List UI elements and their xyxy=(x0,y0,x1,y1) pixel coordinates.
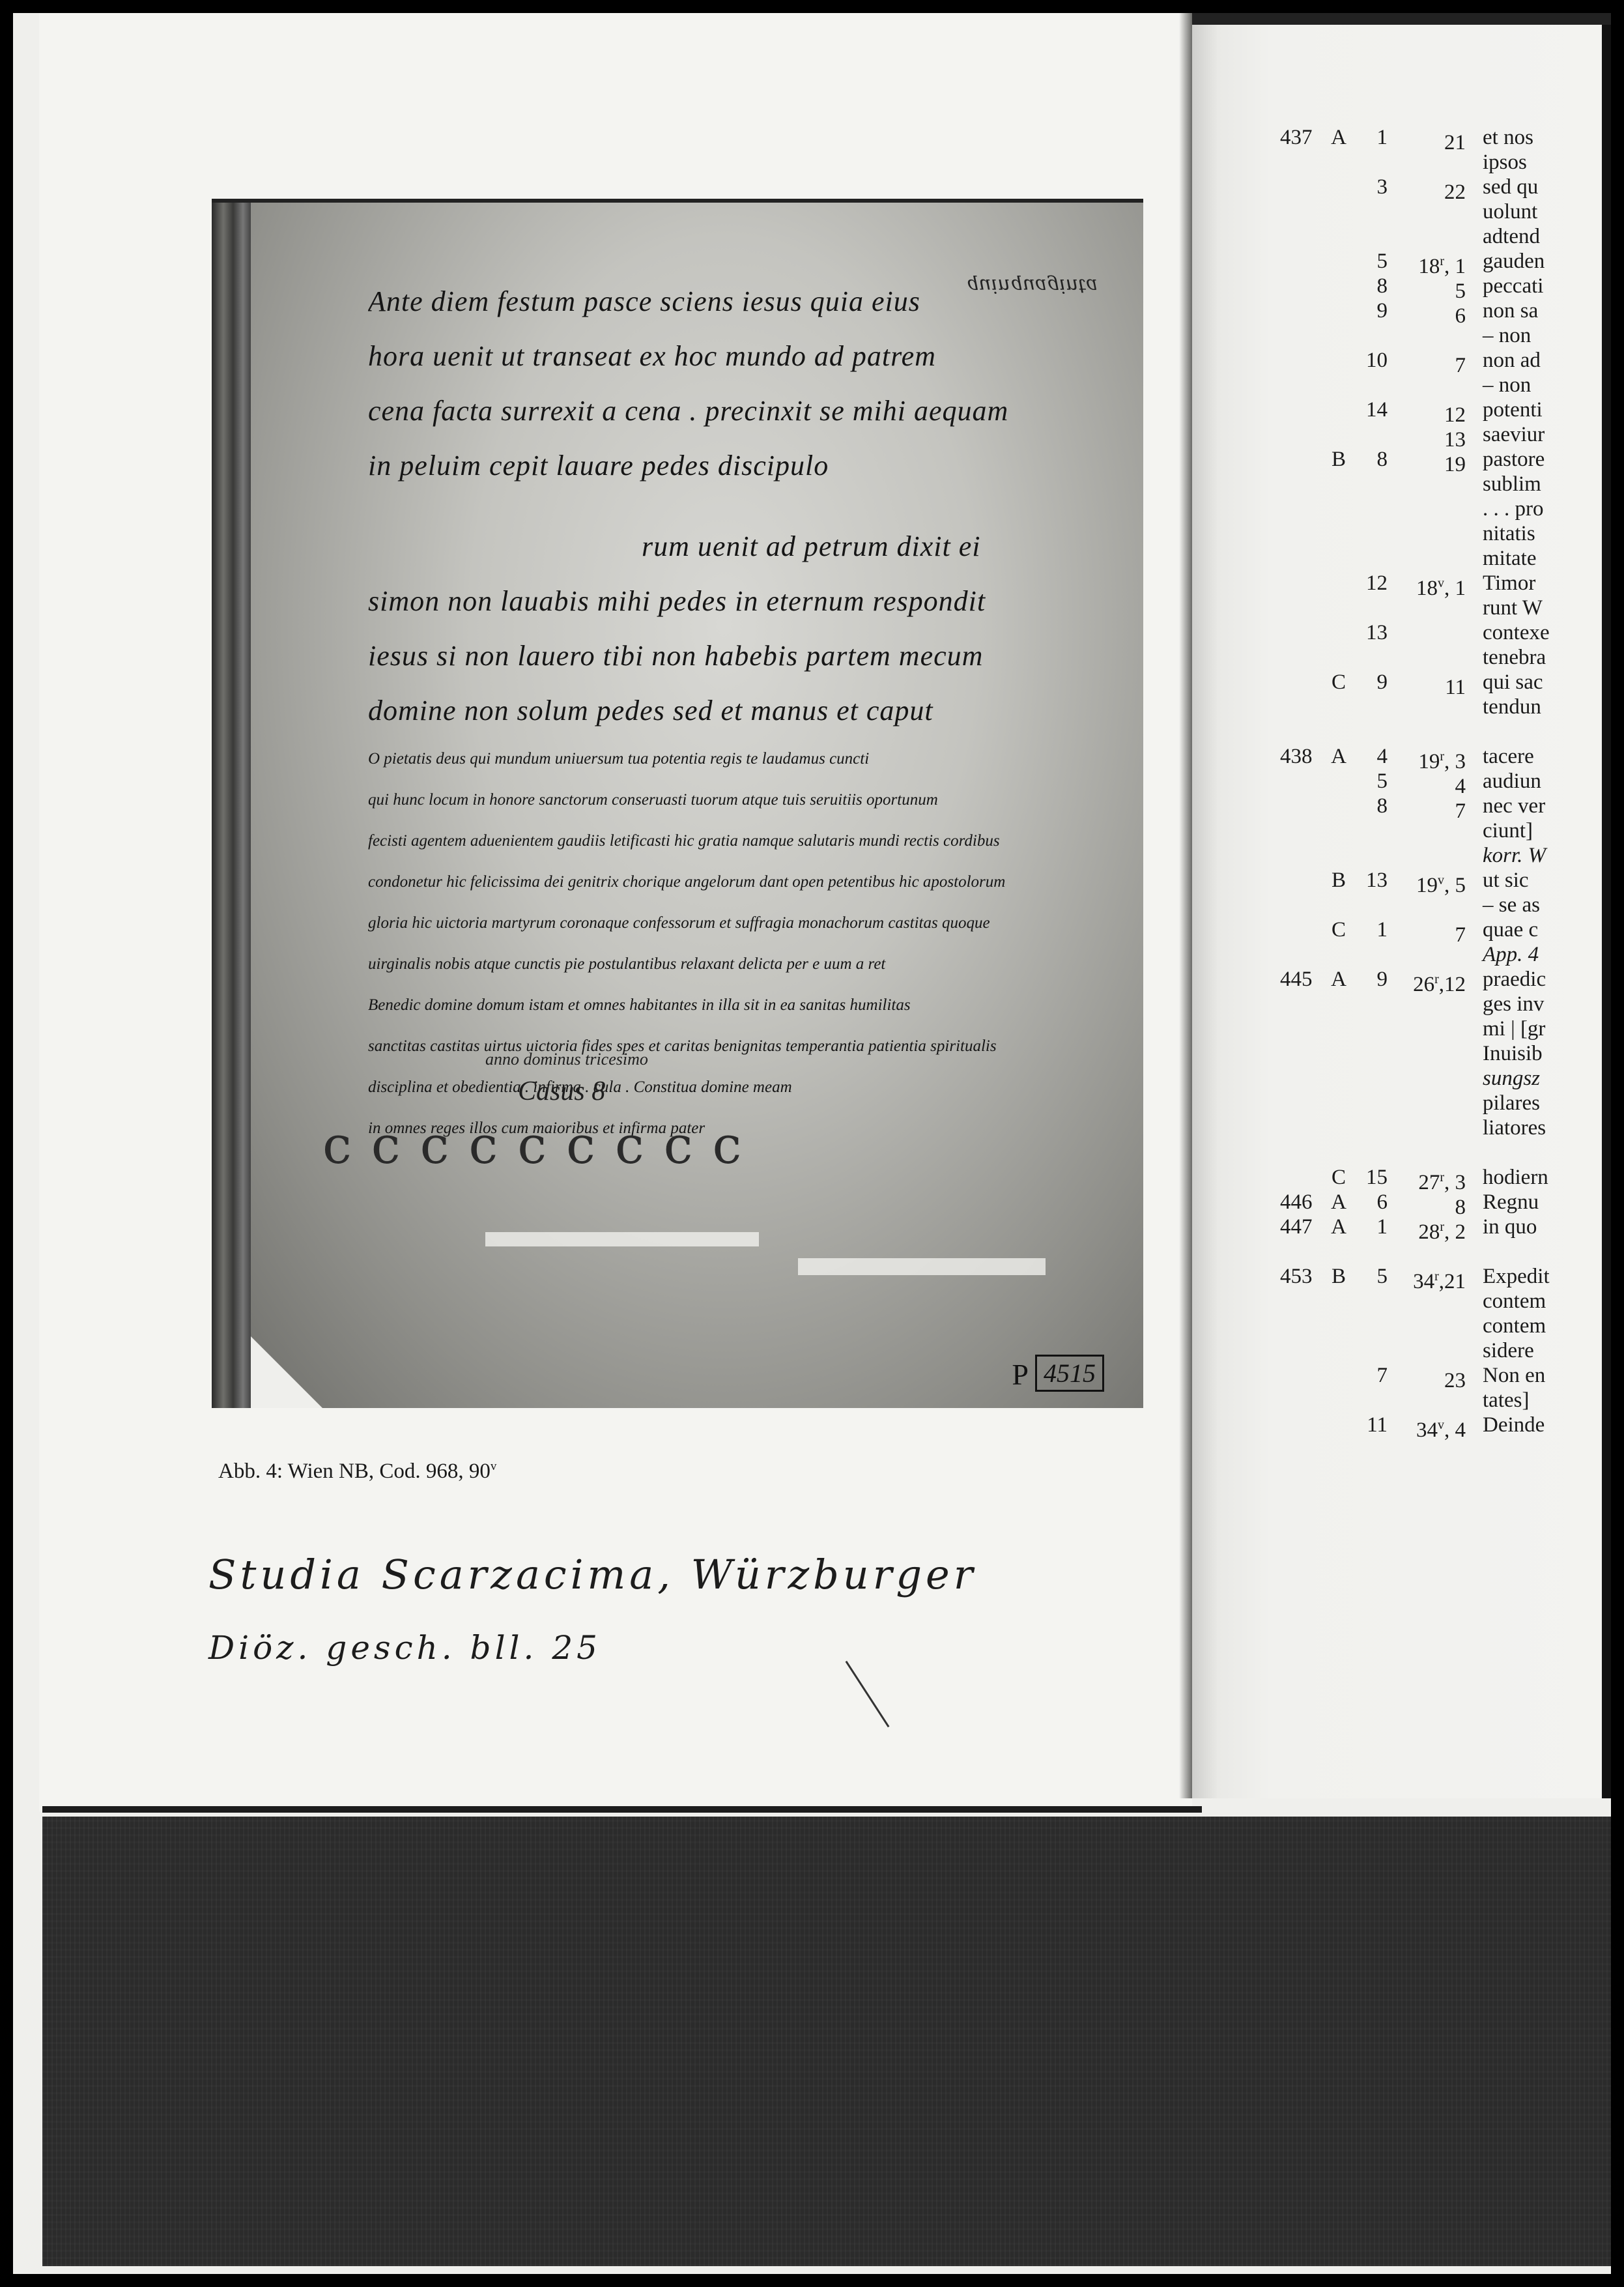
section-letter: C xyxy=(1322,917,1355,942)
page-number xyxy=(1280,1041,1322,1066)
folio-reference xyxy=(1388,645,1466,670)
page-number xyxy=(1280,670,1322,695)
folio-reference: 7 xyxy=(1388,348,1466,373)
folio-reference xyxy=(1388,1066,1466,1091)
line-number xyxy=(1355,546,1388,571)
folio-reference: 19 xyxy=(1388,447,1466,472)
reference-text: Inuisib xyxy=(1466,1041,1611,1066)
folio-reference: 4 xyxy=(1388,769,1466,794)
line-number xyxy=(1355,224,1388,249)
folio-reference xyxy=(1388,695,1466,719)
section-letter: A xyxy=(1322,967,1355,992)
table-row: ciunt] xyxy=(1280,818,1611,843)
manuscript-pen-trials: ccccccccc xyxy=(322,1115,761,1175)
caption-folio-side: v xyxy=(491,1460,497,1473)
section-letter xyxy=(1322,422,1355,447)
folio-number: 28 xyxy=(1418,1220,1440,1244)
page-number xyxy=(1280,992,1322,1016)
table-row: Inuisib xyxy=(1280,1041,1611,1066)
folio-reference xyxy=(1388,150,1466,175)
page-number: 447 xyxy=(1280,1215,1322,1239)
section-letter: B xyxy=(1322,447,1355,472)
manuscript-line: condonetur hic felicissima dei genitrix … xyxy=(368,861,1104,902)
table-row: mitate xyxy=(1280,546,1611,571)
section-letter xyxy=(1322,1338,1355,1363)
page-number xyxy=(1280,150,1322,175)
reference-text: quae c xyxy=(1466,917,1611,942)
line-number xyxy=(1355,373,1388,397)
section-letter: C xyxy=(1322,1165,1355,1190)
manuscript-line: hora uenit ut transeat ex hoc mundo ad p… xyxy=(368,329,1104,384)
reference-text: contexe xyxy=(1466,620,1611,645)
folio-side: v xyxy=(1438,576,1444,590)
section-letter: A xyxy=(1322,744,1355,769)
page-number xyxy=(1280,843,1322,868)
page-number xyxy=(1280,868,1322,893)
reference-text: tendun xyxy=(1466,695,1611,719)
reference-text: Non en xyxy=(1466,1363,1611,1388)
section-letter xyxy=(1322,249,1355,274)
page-number: 446 xyxy=(1280,1190,1322,1215)
manuscript-line: Ante diem festum pasce sciens iesus quia… xyxy=(368,274,1104,329)
table-row: nitatis xyxy=(1280,521,1611,546)
reference-text: in quo xyxy=(1466,1215,1611,1239)
folio-reference xyxy=(1388,596,1466,620)
handwritten-note-line1: Studia Scarzacima, Würzburger xyxy=(208,1551,976,1598)
page-number xyxy=(1280,496,1322,521)
line-number xyxy=(1355,496,1388,521)
line-number xyxy=(1355,645,1388,670)
section-letter xyxy=(1322,620,1355,645)
line-number xyxy=(1355,1388,1388,1413)
line-number: 1 xyxy=(1355,917,1388,942)
table-row: – non xyxy=(1280,323,1611,348)
reference-text: korr. W xyxy=(1466,843,1611,868)
page-number xyxy=(1280,1289,1322,1314)
folio-reference: 23 xyxy=(1388,1363,1466,1388)
line-number xyxy=(1355,1289,1388,1314)
table-row: . . . pro xyxy=(1280,496,1611,521)
table-row: App. 4 xyxy=(1280,942,1611,967)
page-number xyxy=(1280,1363,1322,1388)
page-number xyxy=(1280,1016,1322,1041)
page-number xyxy=(1280,447,1322,472)
section-letter: B xyxy=(1322,1264,1355,1289)
line-number: 13 xyxy=(1355,868,1388,893)
line-number xyxy=(1355,1016,1388,1041)
folio-reference: 18r, 1 xyxy=(1388,249,1466,274)
table-row: – se as xyxy=(1280,893,1611,917)
section-letter xyxy=(1322,348,1355,373)
folio-reference: 19v, 5 xyxy=(1388,868,1466,893)
reference-text: Regnu xyxy=(1466,1190,1611,1215)
line-number xyxy=(1355,1066,1388,1091)
manuscript-text: Ante diem festum pasce sciens iesus quia… xyxy=(368,274,1104,1149)
section-letter xyxy=(1322,942,1355,967)
reference-text: Expedit xyxy=(1466,1264,1611,1289)
table-row: 85peccati xyxy=(1280,274,1611,298)
line-number: 11 xyxy=(1355,1413,1388,1437)
section-letter xyxy=(1322,1041,1355,1066)
section-letter xyxy=(1322,323,1355,348)
line-number xyxy=(1355,422,1388,447)
section-letter xyxy=(1322,150,1355,175)
page-number xyxy=(1280,917,1322,942)
folio-reference: 34v, 4 xyxy=(1388,1413,1466,1437)
reference-text: contem xyxy=(1466,1289,1611,1314)
manuscript-line: sanctitas castitas uirtus uictoria fides… xyxy=(368,1026,1104,1067)
page-number: 438 xyxy=(1280,744,1322,769)
folio-reference: 28r, 2 xyxy=(1388,1215,1466,1239)
folio-reference: 5 xyxy=(1388,274,1466,298)
scanned-page: quinquaginta Ante diem festum pasce scie… xyxy=(13,13,1611,2274)
reference-text: nec ver xyxy=(1466,794,1611,818)
page-number xyxy=(1280,1388,1322,1413)
reference-text: sidere xyxy=(1466,1338,1611,1363)
reference-text: potenti xyxy=(1466,397,1611,422)
reference-text: sed qu xyxy=(1466,175,1611,199)
page-number xyxy=(1280,769,1322,794)
line-number: 1 xyxy=(1355,1215,1388,1239)
section-letter: A xyxy=(1322,1190,1355,1215)
page-number xyxy=(1280,298,1322,323)
section-letter xyxy=(1322,298,1355,323)
reference-text: qui sac xyxy=(1466,670,1611,695)
reference-text: liatores xyxy=(1466,1115,1611,1140)
folio-side: r xyxy=(1440,254,1444,268)
page-number xyxy=(1280,571,1322,596)
line-number: 14 xyxy=(1355,397,1388,422)
table-row: 13contexe xyxy=(1280,620,1611,645)
line-number xyxy=(1355,818,1388,843)
line-number xyxy=(1355,521,1388,546)
reference-text: pastore xyxy=(1466,447,1611,472)
handwritten-note-line2: Diöz. gesch. bll. 25 xyxy=(208,1629,601,1667)
table-row: C1527r, 3hodiern xyxy=(1280,1165,1611,1190)
manuscript-note: anno dominus tricesimo xyxy=(485,1050,648,1069)
page-number xyxy=(1280,546,1322,571)
page-number xyxy=(1280,1314,1322,1338)
page-number xyxy=(1280,373,1322,397)
section-letter xyxy=(1322,1413,1355,1437)
section-letter xyxy=(1322,1289,1355,1314)
reference-text: tates] xyxy=(1466,1388,1611,1413)
section-letter xyxy=(1322,1388,1355,1413)
table-row: liatores xyxy=(1280,1115,1611,1140)
section-letter xyxy=(1322,1091,1355,1115)
table-row: 453B534r,21Expedit xyxy=(1280,1264,1611,1289)
folio-reference xyxy=(1388,1041,1466,1066)
page-number xyxy=(1280,596,1322,620)
table-row: ges inv xyxy=(1280,992,1611,1016)
line-number xyxy=(1355,472,1388,496)
reference-text: runt W xyxy=(1466,596,1611,620)
line-number: 6 xyxy=(1355,1190,1388,1215)
scanner-background xyxy=(42,1817,1611,2266)
page-number: 453 xyxy=(1280,1264,1322,1289)
manuscript-photo: quinquaginta Ante diem festum pasce scie… xyxy=(212,199,1143,1408)
manuscript-binding xyxy=(212,203,251,1408)
folio-reference: 22 xyxy=(1388,175,1466,199)
page-number xyxy=(1280,1413,1322,1437)
section-letter xyxy=(1322,397,1355,422)
section-letter xyxy=(1322,596,1355,620)
stamp-number: 4515 xyxy=(1035,1355,1104,1392)
page-number xyxy=(1280,175,1322,199)
folio-reference: 13 xyxy=(1388,422,1466,447)
reference-text: sungsz xyxy=(1466,1066,1611,1091)
table-row: tates] xyxy=(1280,1388,1611,1413)
figure-caption: Abb. 4: Wien NB, Cod. 968, 90v xyxy=(218,1460,496,1484)
table-row: 96non sa xyxy=(1280,298,1611,323)
table-row: sublim xyxy=(1280,472,1611,496)
manuscript-tear xyxy=(798,1258,1046,1275)
reference-text: ut sic xyxy=(1466,868,1611,893)
page-number xyxy=(1280,348,1322,373)
table-row: adtend xyxy=(1280,224,1611,249)
reference-text: non sa xyxy=(1466,298,1611,323)
reference-text: tacere xyxy=(1466,744,1611,769)
folio-reference xyxy=(1388,1388,1466,1413)
line-number xyxy=(1355,1041,1388,1066)
caption-text: Abb. 4: Wien NB, Cod. 968, 90 xyxy=(218,1460,491,1483)
folio-reference xyxy=(1388,620,1466,645)
section-letter xyxy=(1322,818,1355,843)
reference-text: – non xyxy=(1466,323,1611,348)
folio-reference xyxy=(1388,843,1466,868)
reference-text: App. 4 xyxy=(1466,942,1611,967)
table-row: sidere xyxy=(1280,1338,1611,1363)
reference-text: – se as xyxy=(1466,893,1611,917)
folio-reference xyxy=(1388,1289,1466,1314)
folio-reference xyxy=(1388,1314,1466,1338)
reference-text: mitate xyxy=(1466,546,1611,571)
folio-side: r xyxy=(1440,749,1444,764)
manuscript-line: disciplina et obedientia . infirma . cul… xyxy=(368,1067,1104,1108)
table-row: 1134v, 4Deinde xyxy=(1280,1413,1611,1437)
line-number xyxy=(1355,992,1388,1016)
section-letter xyxy=(1322,175,1355,199)
table-row: B819pastore xyxy=(1280,447,1611,472)
page-number xyxy=(1280,1165,1322,1190)
folio-reference: 26r,12 xyxy=(1388,967,1466,992)
line-number: 13 xyxy=(1355,620,1388,645)
reference-text: praedic xyxy=(1466,967,1611,992)
table-row: 1412potenti xyxy=(1280,397,1611,422)
page-number: 437 xyxy=(1280,125,1322,150)
reference-text: et nos xyxy=(1466,125,1611,150)
manuscript-line: Benedic domine domum istam et omnes habi… xyxy=(368,985,1104,1026)
folio-side: v xyxy=(1438,873,1444,887)
folio-reference xyxy=(1388,893,1466,917)
folio-side: r xyxy=(1434,972,1439,986)
reference-text: gauden xyxy=(1466,249,1611,274)
section-letter xyxy=(1322,992,1355,1016)
line-number: 5 xyxy=(1355,1264,1388,1289)
line-number xyxy=(1355,893,1388,917)
top-edge-shadow xyxy=(1192,13,1611,25)
page-number xyxy=(1280,818,1322,843)
section-letter: C xyxy=(1322,670,1355,695)
table-row: 447A128r, 2in quo xyxy=(1280,1215,1611,1239)
manuscript-corner xyxy=(251,1336,322,1408)
section-letter xyxy=(1322,1363,1355,1388)
reference-text: – non xyxy=(1466,373,1611,397)
line-number xyxy=(1355,323,1388,348)
reference-text: ges inv xyxy=(1466,992,1611,1016)
table-row: contem xyxy=(1280,1314,1611,1338)
reference-text: adtend xyxy=(1466,224,1611,249)
section-letter xyxy=(1322,794,1355,818)
line-number xyxy=(1355,942,1388,967)
line-number: 8 xyxy=(1355,794,1388,818)
folio-reference: 11 xyxy=(1388,670,1466,695)
folio-side: r xyxy=(1440,1170,1444,1185)
table-row: 322sed qu xyxy=(1280,175,1611,199)
table-row: uolunt xyxy=(1280,199,1611,224)
reference-text: . . . pro xyxy=(1466,496,1611,521)
line-number: 9 xyxy=(1355,298,1388,323)
manuscript-lower-notes: anno dominus tricesimo Casus 8 xyxy=(485,1050,648,1107)
folio-reference xyxy=(1388,496,1466,521)
folio-reference: 6 xyxy=(1388,298,1466,323)
folio-number: 34 xyxy=(1416,1418,1438,1442)
manuscript-line: fecisti agentem aduenientem gaudiis leti… xyxy=(368,820,1104,861)
reference-text: pilares xyxy=(1466,1091,1611,1115)
line-number xyxy=(1355,1115,1388,1140)
table-row: tendun xyxy=(1280,695,1611,719)
reference-text: saeviur xyxy=(1466,422,1611,447)
reference-text: Deinde xyxy=(1466,1413,1611,1437)
book-gutter xyxy=(1179,13,1193,1798)
folio-side: r xyxy=(1440,1220,1444,1234)
table-row: korr. W xyxy=(1280,843,1611,868)
section-letter xyxy=(1322,695,1355,719)
page-number xyxy=(1280,249,1322,274)
table-row: 446A68Regnu xyxy=(1280,1190,1611,1215)
page-number xyxy=(1280,1066,1322,1091)
reference-text: mi | [gr xyxy=(1466,1016,1611,1041)
table-row: tenebra xyxy=(1280,645,1611,670)
table-row: sungsz xyxy=(1280,1066,1611,1091)
table-row: 13saeviur xyxy=(1280,422,1611,447)
manuscript-line: simon non lauabis mihi pedes in eternum … xyxy=(368,574,1104,629)
manuscript-line: gloria hic uictoria martyrum coronaque c… xyxy=(368,902,1104,943)
section-letter xyxy=(1322,1066,1355,1091)
section-letter xyxy=(1322,645,1355,670)
page-number xyxy=(1280,1115,1322,1140)
section-letter xyxy=(1322,496,1355,521)
line-number: 9 xyxy=(1355,967,1388,992)
line-number: 5 xyxy=(1355,769,1388,794)
table-row: 723Non en xyxy=(1280,1363,1611,1388)
page-number xyxy=(1280,794,1322,818)
folio-reference: 7 xyxy=(1388,794,1466,818)
folio-reference: 21 xyxy=(1388,125,1466,150)
table-row: B1319v, 5ut sic xyxy=(1280,868,1611,893)
table-row: contem xyxy=(1280,1289,1611,1314)
line-number xyxy=(1355,199,1388,224)
line-number xyxy=(1355,1338,1388,1363)
folio-line: , 4 xyxy=(1444,1418,1466,1442)
reference-text: audiun xyxy=(1466,769,1611,794)
manuscript-line: in peluim cepit lauare pedes discipulo xyxy=(368,439,1104,493)
page-number xyxy=(1280,224,1322,249)
reference-text: contem xyxy=(1466,1314,1611,1338)
folio-reference: 19r, 3 xyxy=(1388,744,1466,769)
folio-line: , 2 xyxy=(1444,1220,1466,1244)
page-number: 445 xyxy=(1280,967,1322,992)
folio-side: v xyxy=(1438,1418,1444,1432)
line-number: 8 xyxy=(1355,447,1388,472)
line-number xyxy=(1355,1314,1388,1338)
folio-reference xyxy=(1388,1115,1466,1140)
reference-text: sublim xyxy=(1466,472,1611,496)
page-number xyxy=(1280,620,1322,645)
manuscript-line: domine non solum pedes sed et manus et c… xyxy=(368,683,1104,738)
line-number: 1 xyxy=(1355,125,1388,150)
page-number xyxy=(1280,472,1322,496)
section-letter xyxy=(1322,769,1355,794)
page-number xyxy=(1280,942,1322,967)
manuscript-note: Casus 8 xyxy=(518,1076,648,1107)
page-number xyxy=(1280,422,1322,447)
manuscript-line: cena facta surrexit a cena . precinxit s… xyxy=(368,384,1104,439)
folio-reference xyxy=(1388,199,1466,224)
table-row: 438A419r, 3tacere xyxy=(1280,744,1611,769)
folio-reference: 12 xyxy=(1388,397,1466,422)
line-number xyxy=(1355,843,1388,868)
reference-text: ipsos xyxy=(1466,150,1611,175)
table-row: pilares xyxy=(1280,1091,1611,1115)
folio-reference xyxy=(1388,323,1466,348)
page-number xyxy=(1280,645,1322,670)
table-row: – non xyxy=(1280,373,1611,397)
page-number xyxy=(1280,274,1322,298)
page-number xyxy=(1280,1338,1322,1363)
page-number xyxy=(1280,1091,1322,1115)
table-row: 518r, 1gauden xyxy=(1280,249,1611,274)
folio-reference xyxy=(1388,1091,1466,1115)
section-letter xyxy=(1322,546,1355,571)
folio-reference xyxy=(1388,818,1466,843)
line-number: 12 xyxy=(1355,571,1388,596)
line-number: 3 xyxy=(1355,175,1388,199)
folio-reference xyxy=(1388,521,1466,546)
table-row: 1218v, 1Timor xyxy=(1280,571,1611,596)
folio-reference: 18v, 1 xyxy=(1388,571,1466,596)
folio-reference xyxy=(1388,1338,1466,1363)
reference-text: hodiern xyxy=(1466,1165,1611,1190)
folio-reference: 27r, 3 xyxy=(1388,1165,1466,1190)
manuscript-line: iesus si non lauero tibi non habebis par… xyxy=(368,629,1104,683)
folio-reference xyxy=(1388,472,1466,496)
manuscript-line: O pietatis deus qui mundum uniuersum tua… xyxy=(368,738,1104,779)
reference-text: Timor xyxy=(1466,571,1611,596)
line-number: 8 xyxy=(1355,274,1388,298)
section-letter xyxy=(1322,1016,1355,1041)
table-row: C17quae c xyxy=(1280,917,1611,942)
line-number: 7 xyxy=(1355,1363,1388,1388)
section-letter xyxy=(1322,1115,1355,1140)
stamp-letter: P xyxy=(1012,1357,1029,1392)
section-letter: A xyxy=(1322,1215,1355,1239)
manuscript-line: rum uenit ad petrum dixit ei xyxy=(368,519,1104,574)
folio-reference: 8 xyxy=(1388,1190,1466,1215)
library-stamp: P 4515 xyxy=(1012,1355,1104,1392)
line-number: 15 xyxy=(1355,1165,1388,1190)
reference-text: tenebra xyxy=(1466,645,1611,670)
